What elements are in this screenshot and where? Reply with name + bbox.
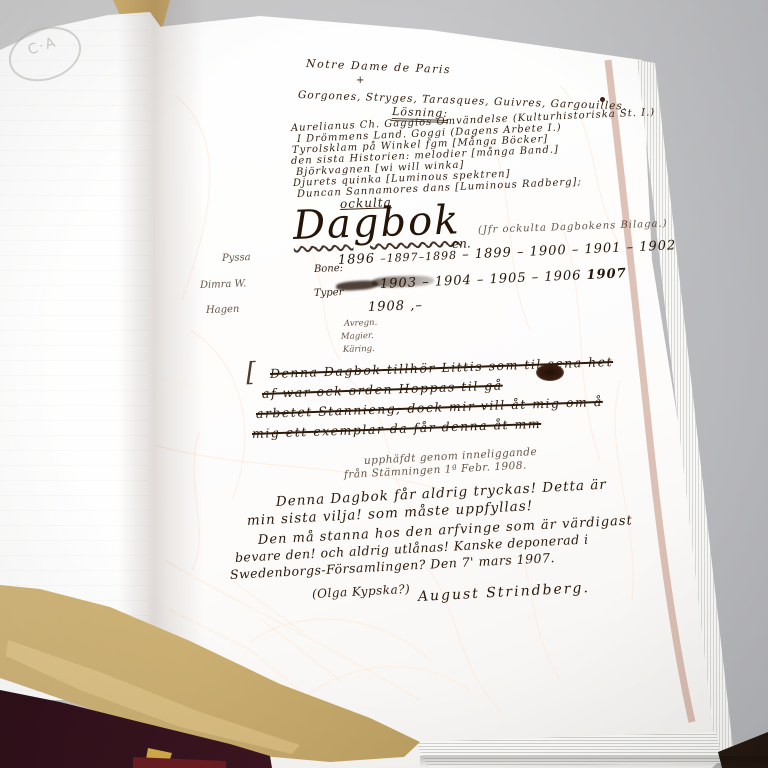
small-list-item: Käring. (343, 345, 375, 355)
margin-note: Pyssa (222, 253, 251, 264)
cast-shadow (420, 756, 768, 768)
paper-right-edge-shading (608, 60, 692, 722)
margin-note: Hagen (206, 305, 240, 316)
small-list-item: Magier. (341, 332, 374, 342)
years-1907: 1907 (586, 266, 627, 283)
years-1903: 1903 (380, 275, 418, 292)
small-list-item: Avregn. (344, 319, 378, 329)
margin-note: Dimra W. (200, 279, 247, 291)
years-1896: 1896 (338, 251, 381, 268)
years-line-3: 1908 ,– (368, 299, 423, 314)
years-label-2: Typer (314, 288, 344, 299)
title-dagbok: Dagbok (292, 200, 461, 246)
book-photo: C·A (0, 0, 768, 768)
bracket-mark: [ (245, 359, 257, 385)
handwriting-cross-mark: + (356, 76, 364, 86)
